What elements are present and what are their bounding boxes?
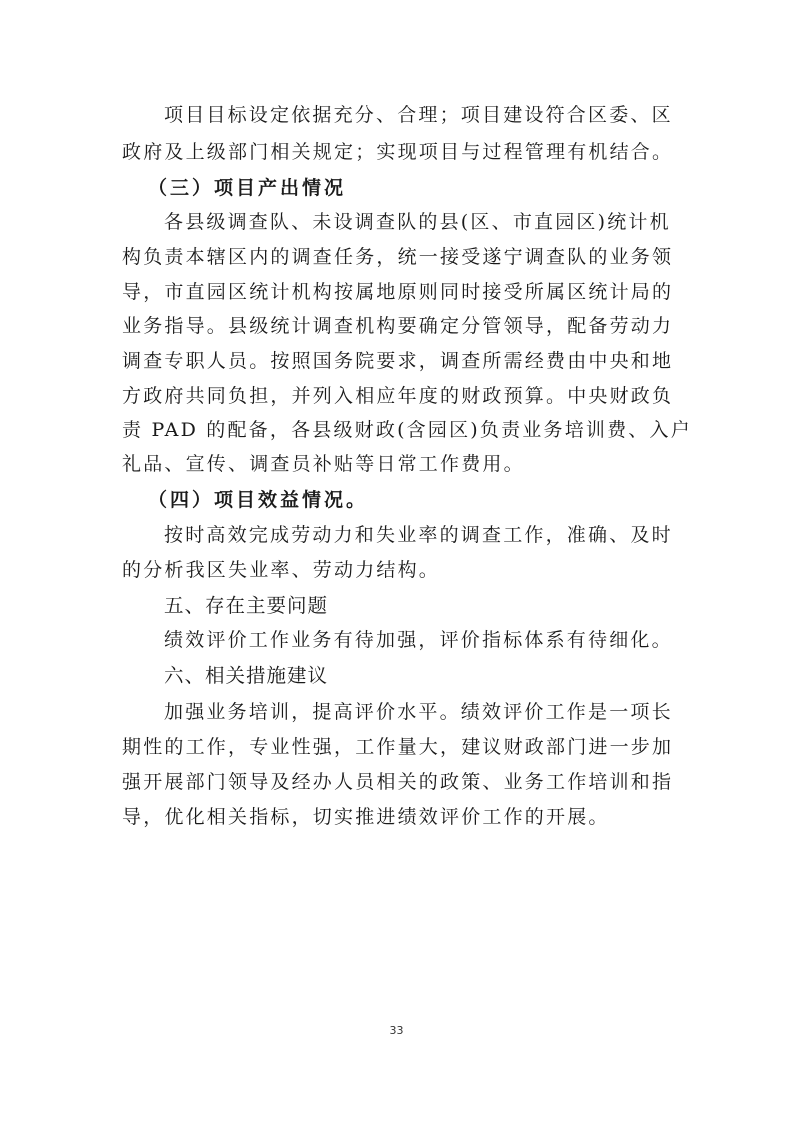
section-6-heading: 六、相关措施建议 — [164, 659, 328, 693]
paragraph-2-line-7: 责 PAD 的配备，各县级财政(含园区)负责业务培训费、入户 — [122, 413, 682, 447]
paragraph-1-line-1: 项目目标设定依据充分、合理；项目建设符合区委、区 — [164, 98, 724, 132]
section-6-line-1: 加强业务培训，提高评价水平。绩效评价工作是一项长 — [164, 695, 724, 729]
paragraph-2-line-6: 方政府共同负担，并列入相应年度的财政预算。中央财政负 — [122, 379, 682, 413]
section-5-heading: 五、存在主要问题 — [164, 589, 328, 623]
paragraph-2-line-1: 各县级调查队、未设调查队的县(区、市直园区)统计机 — [164, 205, 724, 239]
section-6-line-4: 导，优化相关指标，切实推进绩效评价工作的开展。 — [122, 800, 682, 834]
section-6-line-3: 强开展部门领导及经办人员相关的政策、业务工作培训和指 — [122, 765, 682, 799]
paragraph-1-line-2: 政府及上级部门相关规定；实现项目与过程管理有机结合。 — [122, 135, 682, 169]
paragraph-2-line-2: 构负责本辖区内的调查任务，统一接受遂宁调查队的业务领 — [122, 240, 682, 274]
heading-project-output: （三）项目产出情况 — [148, 171, 346, 205]
document-page: 项目目标设定依据充分、合理；项目建设符合区委、区 政府及上级部门相关规定；实现项… — [0, 0, 793, 1122]
paragraph-2-line-3: 导，市直园区统计机构按属地原则同时接受所属区统计局的 — [122, 275, 682, 309]
section-5-text: 绩效评价工作业务有待加强，评价指标体系有待细化。 — [164, 623, 724, 657]
paragraph-2-line-5: 调查专职人员。按照国务院要求，调查所需经费由中央和地 — [122, 344, 682, 378]
paragraph-3-line-2: 的分析我区失业率、劳动力结构。 — [122, 553, 682, 587]
paragraph-2-line-8: 礼品、宣传、调查员补贴等日常工作费用。 — [122, 447, 682, 481]
page-number: 33 — [0, 1024, 793, 1037]
heading-project-benefit: （四）项目效益情况。 — [148, 483, 368, 517]
paragraph-3-line-1: 按时高效完成劳动力和失业率的调查工作，准确、及时 — [164, 518, 724, 552]
paragraph-2-line-4: 业务指导。县级统计调查机构要确定分管领导，配备劳动力 — [122, 309, 682, 343]
section-6-line-2: 期性的工作，专业性强，工作量大，建议财政部门进一步加 — [122, 730, 682, 764]
